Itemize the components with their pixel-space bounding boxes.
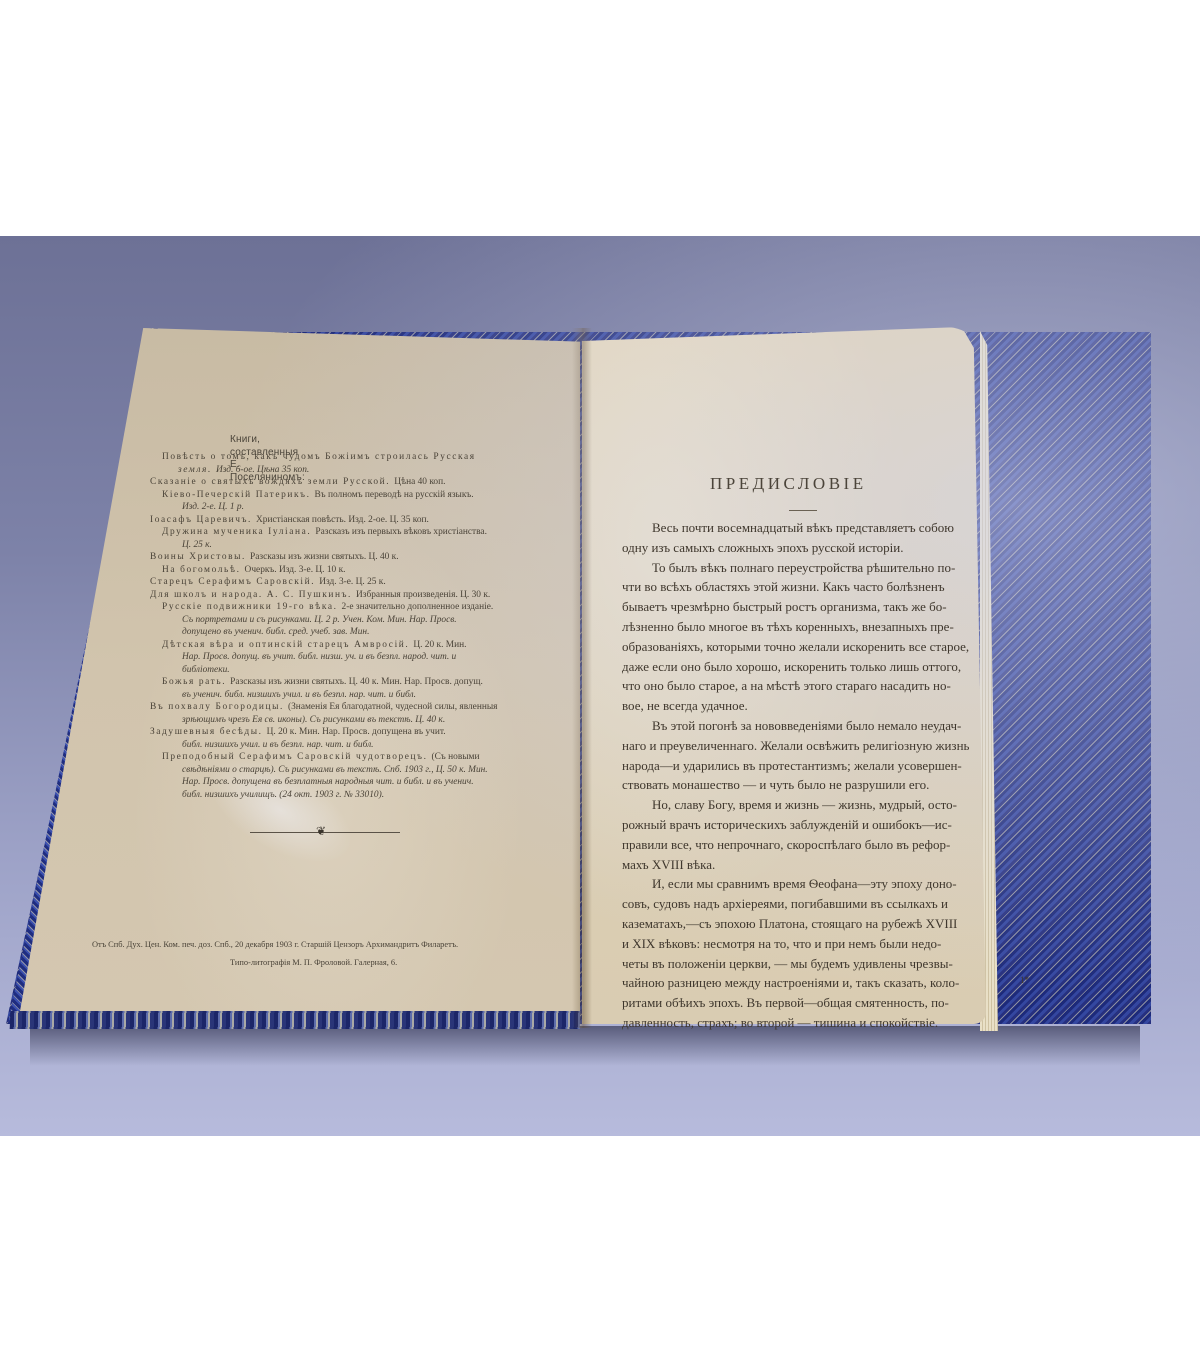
book-details: Ц. 25 к.: [182, 540, 212, 550]
book-details: Цѣна 40 коп.: [394, 477, 445, 487]
book-list-item: Дружина мученика Іуліана.Разсказъ изъ пе…: [150, 526, 590, 539]
book-list-item: Божья рать.Разсказы изъ жизни святыхъ. Ц…: [150, 676, 590, 689]
preface-line: ритами обѣихъ эпохъ. Въ первой—общая смя…: [622, 993, 984, 1013]
book-title: Дѣтская вѣра и оптинскій старецъ Амвросі…: [162, 640, 409, 650]
book-details: библ. низшихъ училищъ. (24 окт. 1903 г. …: [182, 790, 384, 800]
book-details: допущено въ ученич. библ. сред. учеб. за…: [182, 627, 369, 637]
book-list-item: На богомольѣ.Очеркъ. Изд. 3-е. Ц. 10 к.: [150, 564, 590, 577]
book-details: Въ полномъ переводѣ на русскій языкъ.: [315, 490, 474, 500]
preface-line: правили все, что непрочнаго, скороспѣлаг…: [622, 835, 984, 855]
preface-line: Но, славу Богу, время и жизнь — жизнь, м…: [622, 795, 984, 815]
book-title: Сказаніе о святыхъ вождяхъ земли Русской…: [150, 477, 390, 487]
book-title: Преподобный Серафимъ Саровскій чудотворе…: [162, 752, 428, 762]
book-details: 2-е значительно дополненное изданіе.: [342, 602, 494, 612]
preface-body: Весь почти восемнадцатый вѣкъ представля…: [622, 518, 984, 1033]
book-details: Избранныя произведенія. Ц. 30 к.: [356, 590, 490, 600]
book-list-item: Дѣтская вѣра и оптинскій старецъ Амвросі…: [150, 639, 590, 652]
preface-line: лѣзненно было многое въ тѣхъ коренныхъ, …: [622, 617, 984, 637]
preface-line: народа—и ударились въ протестантизмъ; же…: [622, 756, 984, 776]
book-details: Христіанская повѣсть. Изд. 2-ое. Ц. 35 к…: [256, 515, 429, 525]
book-list-item: библ. низшихъ учил. и въ безпл. нар. чит…: [150, 739, 590, 752]
preface-line: Въ этой погонѣ за нововведеніями было не…: [622, 716, 984, 736]
book-details: библ. низшихъ учил. и въ безпл. нар. чит…: [182, 740, 374, 750]
book-details: библіотеки.: [182, 665, 230, 675]
book-title: Божья рать.: [162, 677, 226, 687]
book-list-item: Съ портретами и съ рисунками. Ц. 2 р. Уч…: [150, 614, 590, 627]
book-list-item: Преподобный Серафимъ Саровскій чудотворе…: [150, 751, 590, 764]
preface-line: наго и преувеличеннаго. Желали освѣжить …: [622, 736, 984, 756]
book-details: Ц. 20 к. Мин. Нар. Просв. допущена въ уч…: [267, 727, 446, 737]
preface-line: рожный врачъ историческихъ заблужденій и…: [622, 815, 984, 835]
preface-line: и XIX вѣковъ: несмотря на то, что и при …: [622, 934, 984, 954]
book-details: Разсказы изъ жизни святыхъ. Ц. 40 к.: [250, 552, 399, 562]
book-cover-bottom-edge: [10, 1011, 581, 1029]
book-details: Разсказъ изъ первыхъ вѣковъ христіанства…: [315, 527, 487, 537]
book-details: Разсказы изъ жизни святыхъ. Ц. 40 к. Мин…: [230, 677, 483, 687]
book-details: свѣдѣніями о старцѣ). Съ рисунками въ те…: [182, 765, 488, 775]
book-list-item: земля.Изд. 6-ое. Цѣна 35 коп.: [150, 464, 590, 477]
preface-line: То былъ вѣкъ полнаго переустройства рѣши…: [622, 558, 984, 578]
book-details: Изд. 3-е. Ц. 25 к.: [319, 577, 386, 587]
book-title: Іоасафъ Царевичъ.: [150, 515, 252, 525]
book-details: зрѣющимъ чрезъ Ея св. иконы). Съ рисунка…: [182, 715, 445, 725]
book-title: Дружина мученика Іуліана.: [162, 527, 311, 537]
book-list-item: Воины Христовы.Разсказы изъ жизни святых…: [150, 551, 590, 564]
book-list-item: свѣдѣніями о старцѣ). Съ рисунками въ те…: [150, 764, 590, 777]
book-list-item: Повѣсть о томъ, какъ чудомъ Божіимъ стро…: [150, 451, 590, 464]
book-list-item: Кіево-Печерскій Патерикъ.Въ полномъ пере…: [150, 489, 590, 502]
censor-note: Отъ Спб. Дух. Цен. Ком. печ. доз. Спб., …: [92, 940, 458, 949]
book-details: Нар. Просв. допущена въ безплатныя народ…: [182, 777, 474, 787]
book-list: Повѣсть о томъ, какъ чудомъ Божіимъ стро…: [150, 451, 590, 801]
preface-line: ствовать монашество — и чуть было не раз…: [622, 775, 984, 795]
book-title: Повѣсть о томъ, какъ чудомъ Божіимъ стро…: [162, 452, 476, 462]
book-list-item: Іоасафъ Царевичъ.Христіанская повѣсть. И…: [150, 514, 590, 527]
preface-line: И, если мы сравнимъ время Ѳеофана—эту эп…: [622, 874, 984, 894]
preface-line: Весь почти восемнадцатый вѣкъ представля…: [622, 518, 984, 538]
book-list-item: библ. низшихъ училищъ. (24 окт. 1903 г. …: [150, 789, 590, 802]
book-list-item: Задушевныя бесѣды.Ц. 20 к. Мин. Нар. Про…: [150, 726, 590, 739]
book-title: Для школъ и народа. А. С. Пушкинъ.: [150, 590, 352, 600]
book-details: Изд. 2-е. Ц. 1 р.: [182, 502, 244, 512]
preface-line: бываетъ чрезмѣрно быстрый ростъ организм…: [622, 597, 984, 617]
book-list-item: допущено въ ученич. библ. сред. учеб. за…: [150, 626, 590, 639]
preface-line: совъ, судовъ надъ архіереями, погибавшим…: [622, 894, 984, 914]
preface-line: чайною разницею между настроеніями и, та…: [622, 973, 984, 993]
book-details: Очеркъ. Изд. 3-е. Ц. 10 к.: [245, 565, 346, 575]
preface-line: одну изъ самыхъ сложныхъ эпохъ русской и…: [622, 538, 984, 558]
preface-line: даже если оно было хорошо, искоренить то…: [622, 657, 984, 677]
book-title: Русскіе подвижники 19-го вѣка.: [162, 602, 338, 612]
preface-line: вое, не всегда удачное.: [622, 696, 984, 716]
title-rule: [789, 510, 817, 511]
preface-title: ПРЕДИСЛОВІЕ: [710, 474, 867, 494]
book-list-item: Сказаніе о святыхъ вождяхъ земли Русской…: [150, 476, 590, 489]
book-list-item: Нар. Просв. допущ. въ учит. библ. низш. …: [150, 651, 590, 664]
book-title: Въ похвалу Богородицы.: [150, 702, 284, 712]
preface-line: казематахъ,—съ эпохою Платона, стоящаго …: [622, 914, 984, 934]
preface-line: чти во всѣхъ областяхъ этой жизни. Какъ …: [622, 577, 984, 597]
book-title: Задушевныя бесѣды.: [150, 727, 263, 737]
book-list-item: зрѣющимъ чрезъ Ея св. иконы). Съ рисунка…: [150, 714, 590, 727]
book-details: (Съ новыми: [432, 752, 480, 762]
preface-line: махъ XVIII вѣка.: [622, 855, 984, 875]
ornament-glyph: ❦: [316, 824, 326, 839]
preface-line: что оно было старое, а на мѣстѣ этого ст…: [622, 676, 984, 696]
book-details: Нар. Просв. допущ. въ учит. библ. низш. …: [182, 652, 456, 662]
book-list-item: въ ученич. библ. низшихъ учил. и въ безп…: [150, 689, 590, 702]
book-details: въ ученич. библ. низшихъ учил. и въ безп…: [182, 690, 416, 700]
book-list-item: Русскіе подвижники 19-го вѣка.2-е значит…: [150, 601, 590, 614]
book-list-item: библіотеки.: [150, 664, 590, 677]
book-list-item: Изд. 2-е. Ц. 1 р.: [150, 501, 590, 514]
book-list-item: Для школъ и народа. А. С. Пушкинъ.Избран…: [150, 589, 590, 602]
book-details: Изд. 6-ое. Цѣна 35 коп.: [216, 465, 309, 475]
book-details: Ц. 20 к. Мин.: [413, 640, 466, 650]
book-title: На богомольѣ.: [162, 565, 241, 575]
book-title: Старецъ Серафимъ Саровскій.: [150, 577, 315, 587]
preface-line: образованіяхъ, которыми точно желали иск…: [622, 637, 984, 657]
book-details: (Знаменія Ея благодатной, чудесной силы,…: [288, 702, 498, 712]
book-list-item: Ц. 25 к.: [150, 539, 590, 552]
signature-mark: 1*: [1020, 975, 1029, 985]
book-list-item: Нар. Просв. допущена въ безплатныя народ…: [150, 776, 590, 789]
preface-line: четы въ положеніи церкви, — мы будемъ уд…: [622, 954, 984, 974]
book-list-item: Старецъ Серафимъ Саровскій.Изд. 3-е. Ц. …: [150, 576, 590, 589]
book-title: Воины Христовы.: [150, 552, 246, 562]
printer-note: Типо-литографія М. П. Фроловой. Галерная…: [230, 958, 397, 967]
book-details: Съ портретами и съ рисунками. Ц. 2 р. Уч…: [182, 615, 457, 625]
preface-line: давленность, страхъ; во второй — тишина …: [622, 1013, 984, 1033]
book-title: земля.: [178, 465, 212, 475]
book-title: Кіево-Печерскій Патерикъ.: [162, 490, 311, 500]
book-list-item: Въ похвалу Богородицы.(Знаменія Ея благо…: [150, 701, 590, 714]
